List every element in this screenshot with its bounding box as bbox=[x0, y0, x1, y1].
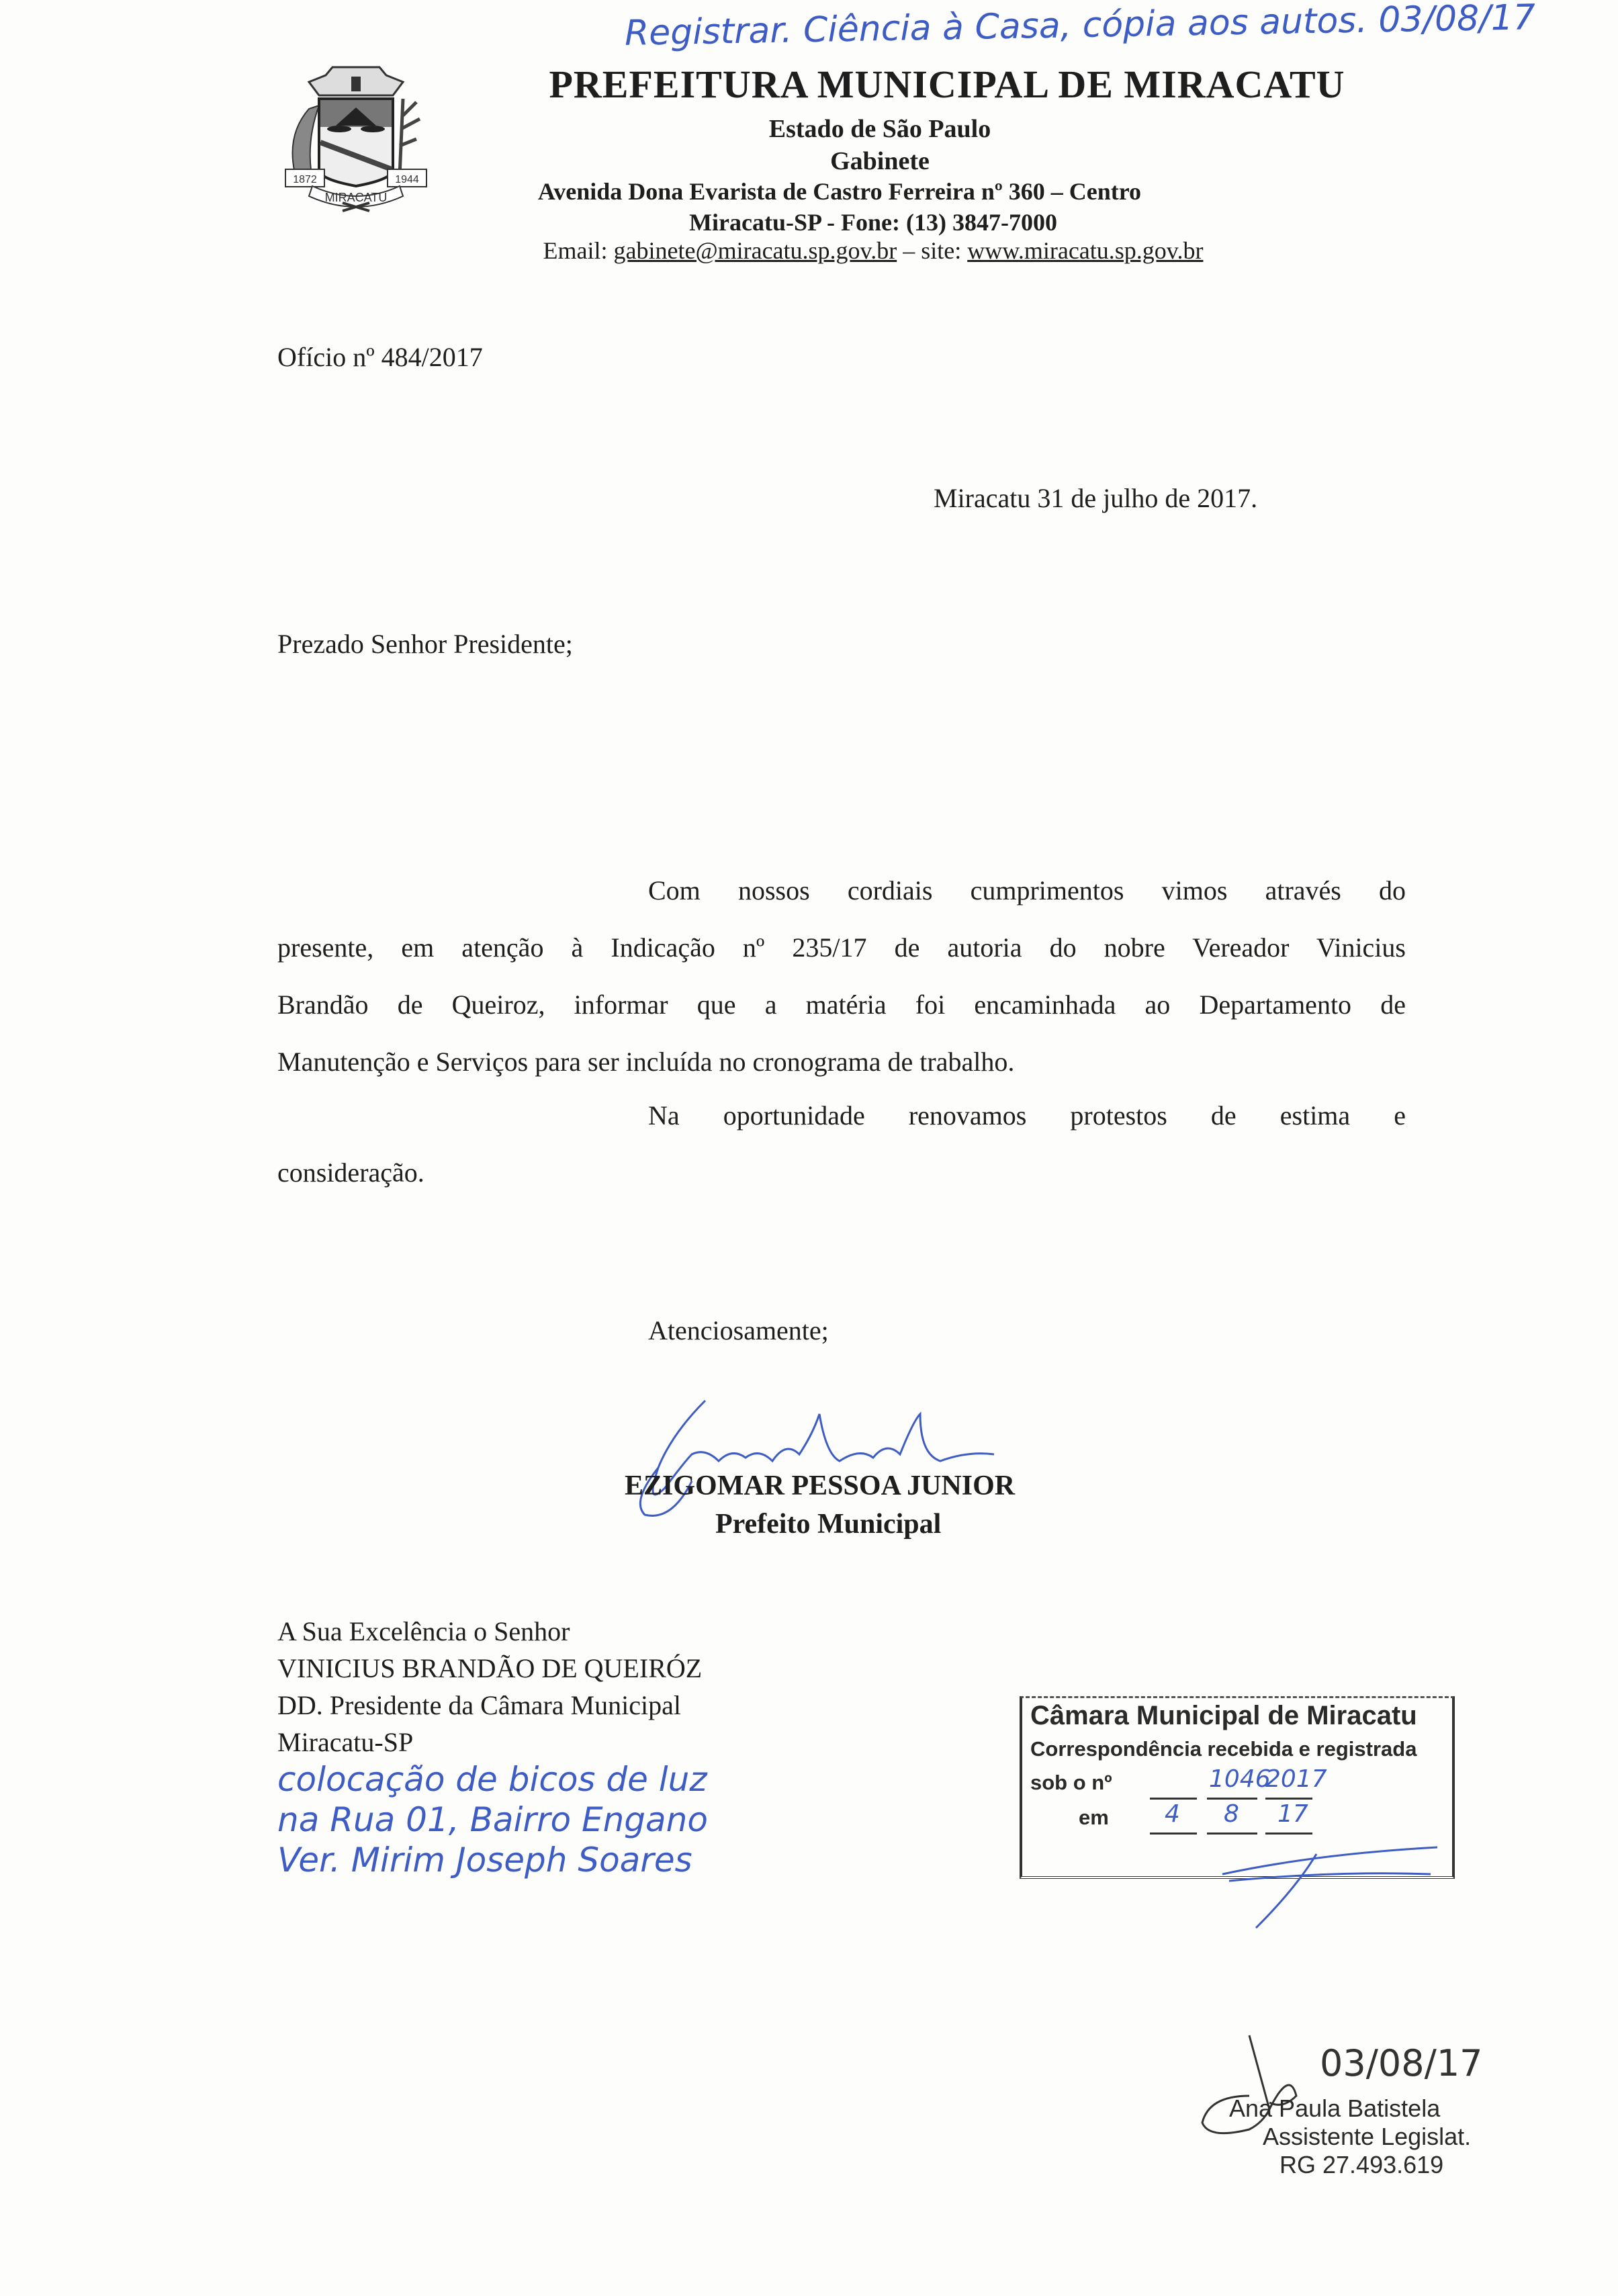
signer-title: Prefeito Municipal bbox=[715, 1508, 941, 1540]
email-link[interactable]: gabinete@miracatu.sp.gov.br bbox=[614, 237, 897, 264]
paragraph1-line: Com nossos cordiais cumprimentos vimos a… bbox=[648, 875, 1406, 906]
svg-text:MIRACATU: MIRACATU bbox=[325, 191, 388, 204]
stamp-day: 4 bbox=[1165, 1800, 1180, 1828]
stamp-month: 8 bbox=[1224, 1800, 1239, 1828]
stamp-line1: Câmara Municipal de Miracatu bbox=[1030, 1701, 1417, 1731]
receiver-role: Assistente Legislat. bbox=[1263, 2123, 1471, 2151]
site-label: – site: bbox=[897, 237, 967, 264]
salutation: Prezado Senhor Presidente; bbox=[277, 628, 573, 660]
oficio-reference: Ofício nº 484/2017 bbox=[277, 341, 483, 373]
receiver-rg: RG 27.493.619 bbox=[1279, 2151, 1443, 2179]
handwritten-subject-line: Ver. Mirim Joseph Soares bbox=[277, 1841, 692, 1880]
recipient-line: Miracatu-SP bbox=[277, 1726, 413, 1758]
signer-name: EZIGOMAR PESSOA JUNIOR bbox=[625, 1470, 1015, 1502]
paragraph2-line: Na oportunidade renovamos protestos de e… bbox=[648, 1100, 1406, 1131]
site-link[interactable]: www.miracatu.sp.gov.br bbox=[967, 237, 1203, 264]
paragraph1-line: presente, em atenção à Indicação nº 235/… bbox=[277, 932, 1406, 963]
stamp-year-value: 2017 bbox=[1265, 1765, 1327, 1793]
stamp-number-value: 1046 bbox=[1209, 1765, 1271, 1793]
recipient-line: DD. Presidente da Câmara Municipal bbox=[277, 1689, 681, 1721]
closing: Atenciosamente; bbox=[648, 1315, 829, 1346]
handwritten-dispatch-note: Registrar. Ciência à Casa, cópia aos aut… bbox=[625, 0, 1536, 54]
receiver-name: Ana Paula Batistela bbox=[1229, 2094, 1440, 2123]
stamp-year-short: 17 bbox=[1277, 1800, 1308, 1828]
receiver-date: 03/08/17 bbox=[1320, 2042, 1483, 2084]
letter-date: Miracatu 31 de julho de 2017. bbox=[934, 482, 1257, 514]
paragraph2-line: consideração. bbox=[277, 1157, 424, 1188]
handwritten-subject-line: na Rua 01, Bairro Engano bbox=[277, 1800, 708, 1839]
letterhead-department: Gabinete bbox=[443, 146, 1316, 176]
email-label: Email: bbox=[543, 237, 614, 264]
paragraph1-line: Manutenção e Serviços para ser incluída … bbox=[277, 1046, 1014, 1077]
letterhead-phone: Miracatu-SP - Fone: (13) 3847-7000 bbox=[437, 208, 1310, 236]
stamp-line2: Correspondência recebida e registrada bbox=[1030, 1737, 1417, 1761]
stamp-initials-icon bbox=[1216, 1834, 1444, 1935]
letterhead-contact: Email: gabinete@miracatu.sp.gov.br – sit… bbox=[403, 236, 1343, 265]
stamp-number-label: sob o nº bbox=[1030, 1771, 1112, 1795]
recipient-line: VINICIUS BRANDÃO DE QUEIRÓZ bbox=[277, 1652, 702, 1684]
letterhead-state: Estado de São Paulo bbox=[443, 114, 1316, 144]
letterhead-title: PREFEITURA MUNICIPAL DE MIRACATU bbox=[470, 62, 1424, 107]
handwritten-subject-line: colocação de bicos de luz bbox=[277, 1760, 707, 1799]
stamp-date-label: em bbox=[1079, 1806, 1109, 1830]
svg-text:1872: 1872 bbox=[293, 174, 317, 185]
recipient-line: A Sua Excelência o Senhor bbox=[277, 1616, 570, 1647]
stamp-blank bbox=[1150, 1771, 1197, 1800]
paragraph1-line: Brandão de Queiroz, informar que a matér… bbox=[277, 989, 1406, 1020]
letterhead-address: Avenida Dona Evarista de Castro Ferreira… bbox=[403, 177, 1276, 206]
